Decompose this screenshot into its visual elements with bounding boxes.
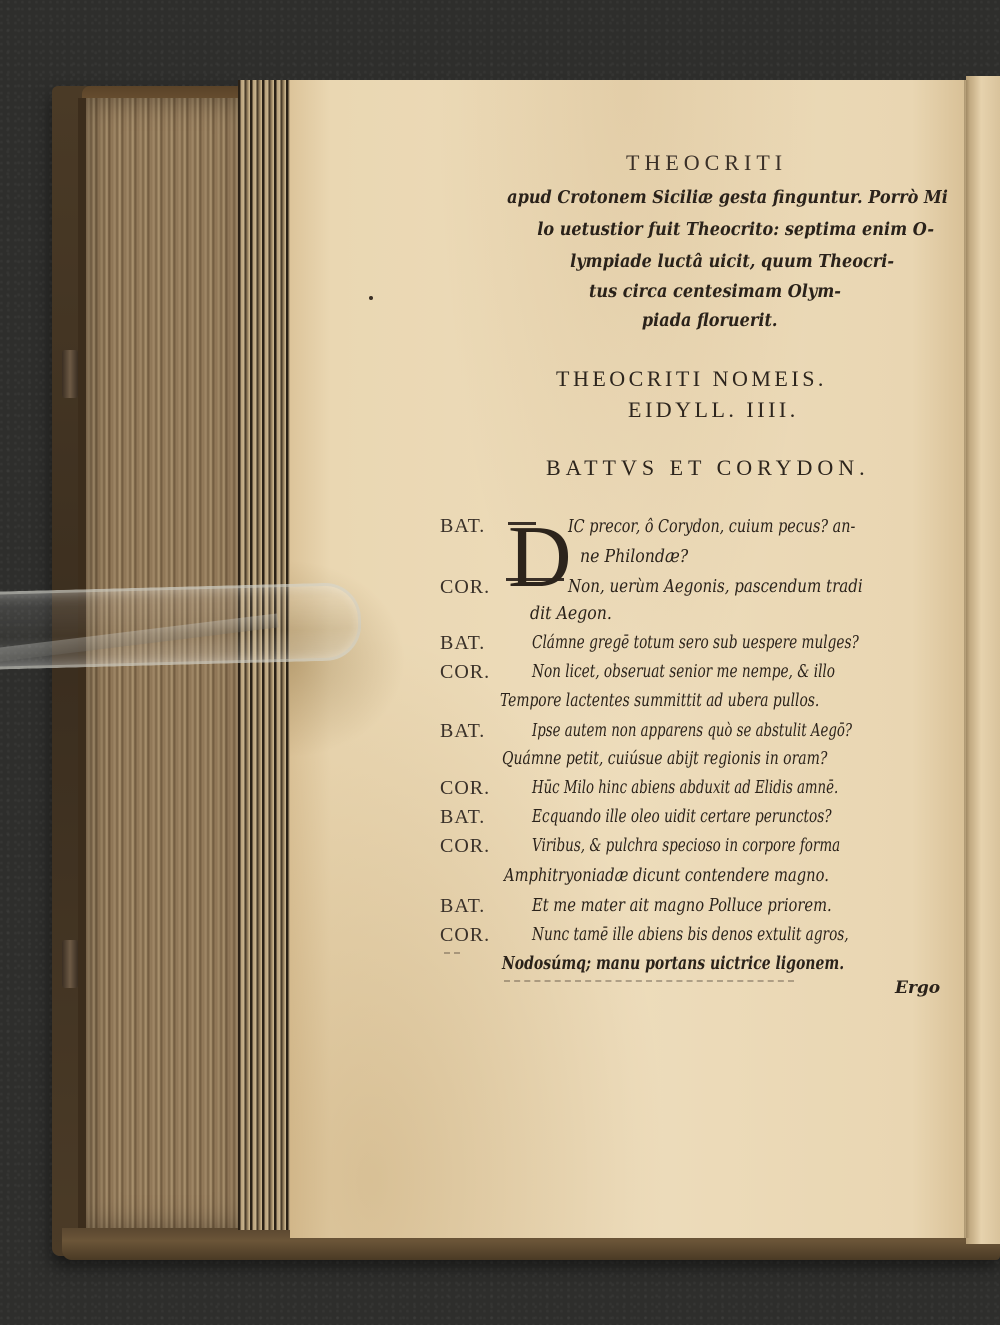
- speaker-label: COR.: [440, 835, 490, 858]
- verse-line: Nodosúmq; manu portans uictrice ligonem.: [502, 954, 844, 974]
- page-fold-shadow: [964, 80, 970, 1238]
- drop-cap: D: [508, 514, 572, 602]
- verse-line: Non licet, obseruat senior me nempe, & i…: [532, 662, 835, 682]
- verse-line: Ecquando ille oleo uidit certare perunct…: [532, 807, 832, 827]
- catchword: Ergo: [895, 978, 940, 998]
- speaker-label: BAT.: [440, 895, 485, 918]
- verse-line: Ipse autem non apparens quò se abstulit …: [532, 721, 852, 741]
- argument-line-5: piada floruerit.: [642, 311, 778, 331]
- idyll-characters: BATTVS ET CORYDON.: [546, 455, 870, 481]
- verse-line: IC precor, ô Corydon, cuium pecus? an-: [568, 517, 855, 537]
- verse-line: Nunc tamē ille abiens bis denos extulit …: [532, 925, 849, 945]
- idyll-number: EIDYLL. IIII.: [628, 397, 799, 423]
- speaker-label: BAT.: [440, 515, 485, 538]
- verse-line: Non, uerùm Aegonis, pascendum tradi: [568, 577, 863, 597]
- speaker-label: BAT.: [440, 806, 485, 829]
- argument-line-2: lo uetustior fuit Theocrito: septima eni…: [537, 220, 934, 240]
- verse-line: dit Aegon.: [530, 604, 612, 624]
- speaker-label: COR.: [440, 777, 490, 800]
- verse-line: Quámne petit, cuiúsue abijt regionis in …: [502, 749, 827, 769]
- verse-line: Tempore lactentes summittit ad ubera pul…: [500, 691, 819, 711]
- next-page-edge: [966, 76, 1000, 1244]
- idyll-title: THEOCRITI NOMEIS.: [556, 366, 827, 392]
- verse-line: Viribus, & pulchra specioso in corpore f…: [532, 836, 840, 856]
- verse-line: Amphitryoniadæ dicunt contendere magno.: [504, 866, 829, 886]
- running-head: THEOCRITI: [0, 150, 1000, 176]
- argument-line-1: apud Crotonem Siciliæ gesta finguntur. P…: [507, 188, 948, 208]
- speaker-label: COR.: [440, 661, 490, 684]
- argument-line-4: tus circa centesimam Olym-: [589, 282, 841, 302]
- verse-line: Hūc Milo hinc abiens abduxit ad Elidis a…: [532, 778, 838, 798]
- spine-clasp-bottom: [62, 940, 78, 988]
- argument-line-3: lympiade luctâ uicit, quum Theocri-: [570, 252, 894, 272]
- verse-line: Clámne gregē totum sero sub uespere mulg…: [532, 633, 859, 653]
- spine-clasp-top: [62, 350, 78, 398]
- speaker-label: COR.: [440, 924, 490, 947]
- speaker-label: BAT.: [440, 720, 485, 743]
- ink-mark: [444, 952, 460, 955]
- ink-underline-faint: [504, 980, 794, 983]
- verse-line: ne Philondæ?: [580, 547, 688, 567]
- ink-speck: [369, 296, 373, 300]
- verse-line: Et me mater ait magno Polluce priorem.: [532, 896, 832, 916]
- speaker-label: BAT.: [440, 632, 485, 655]
- speaker-label: COR.: [440, 576, 490, 599]
